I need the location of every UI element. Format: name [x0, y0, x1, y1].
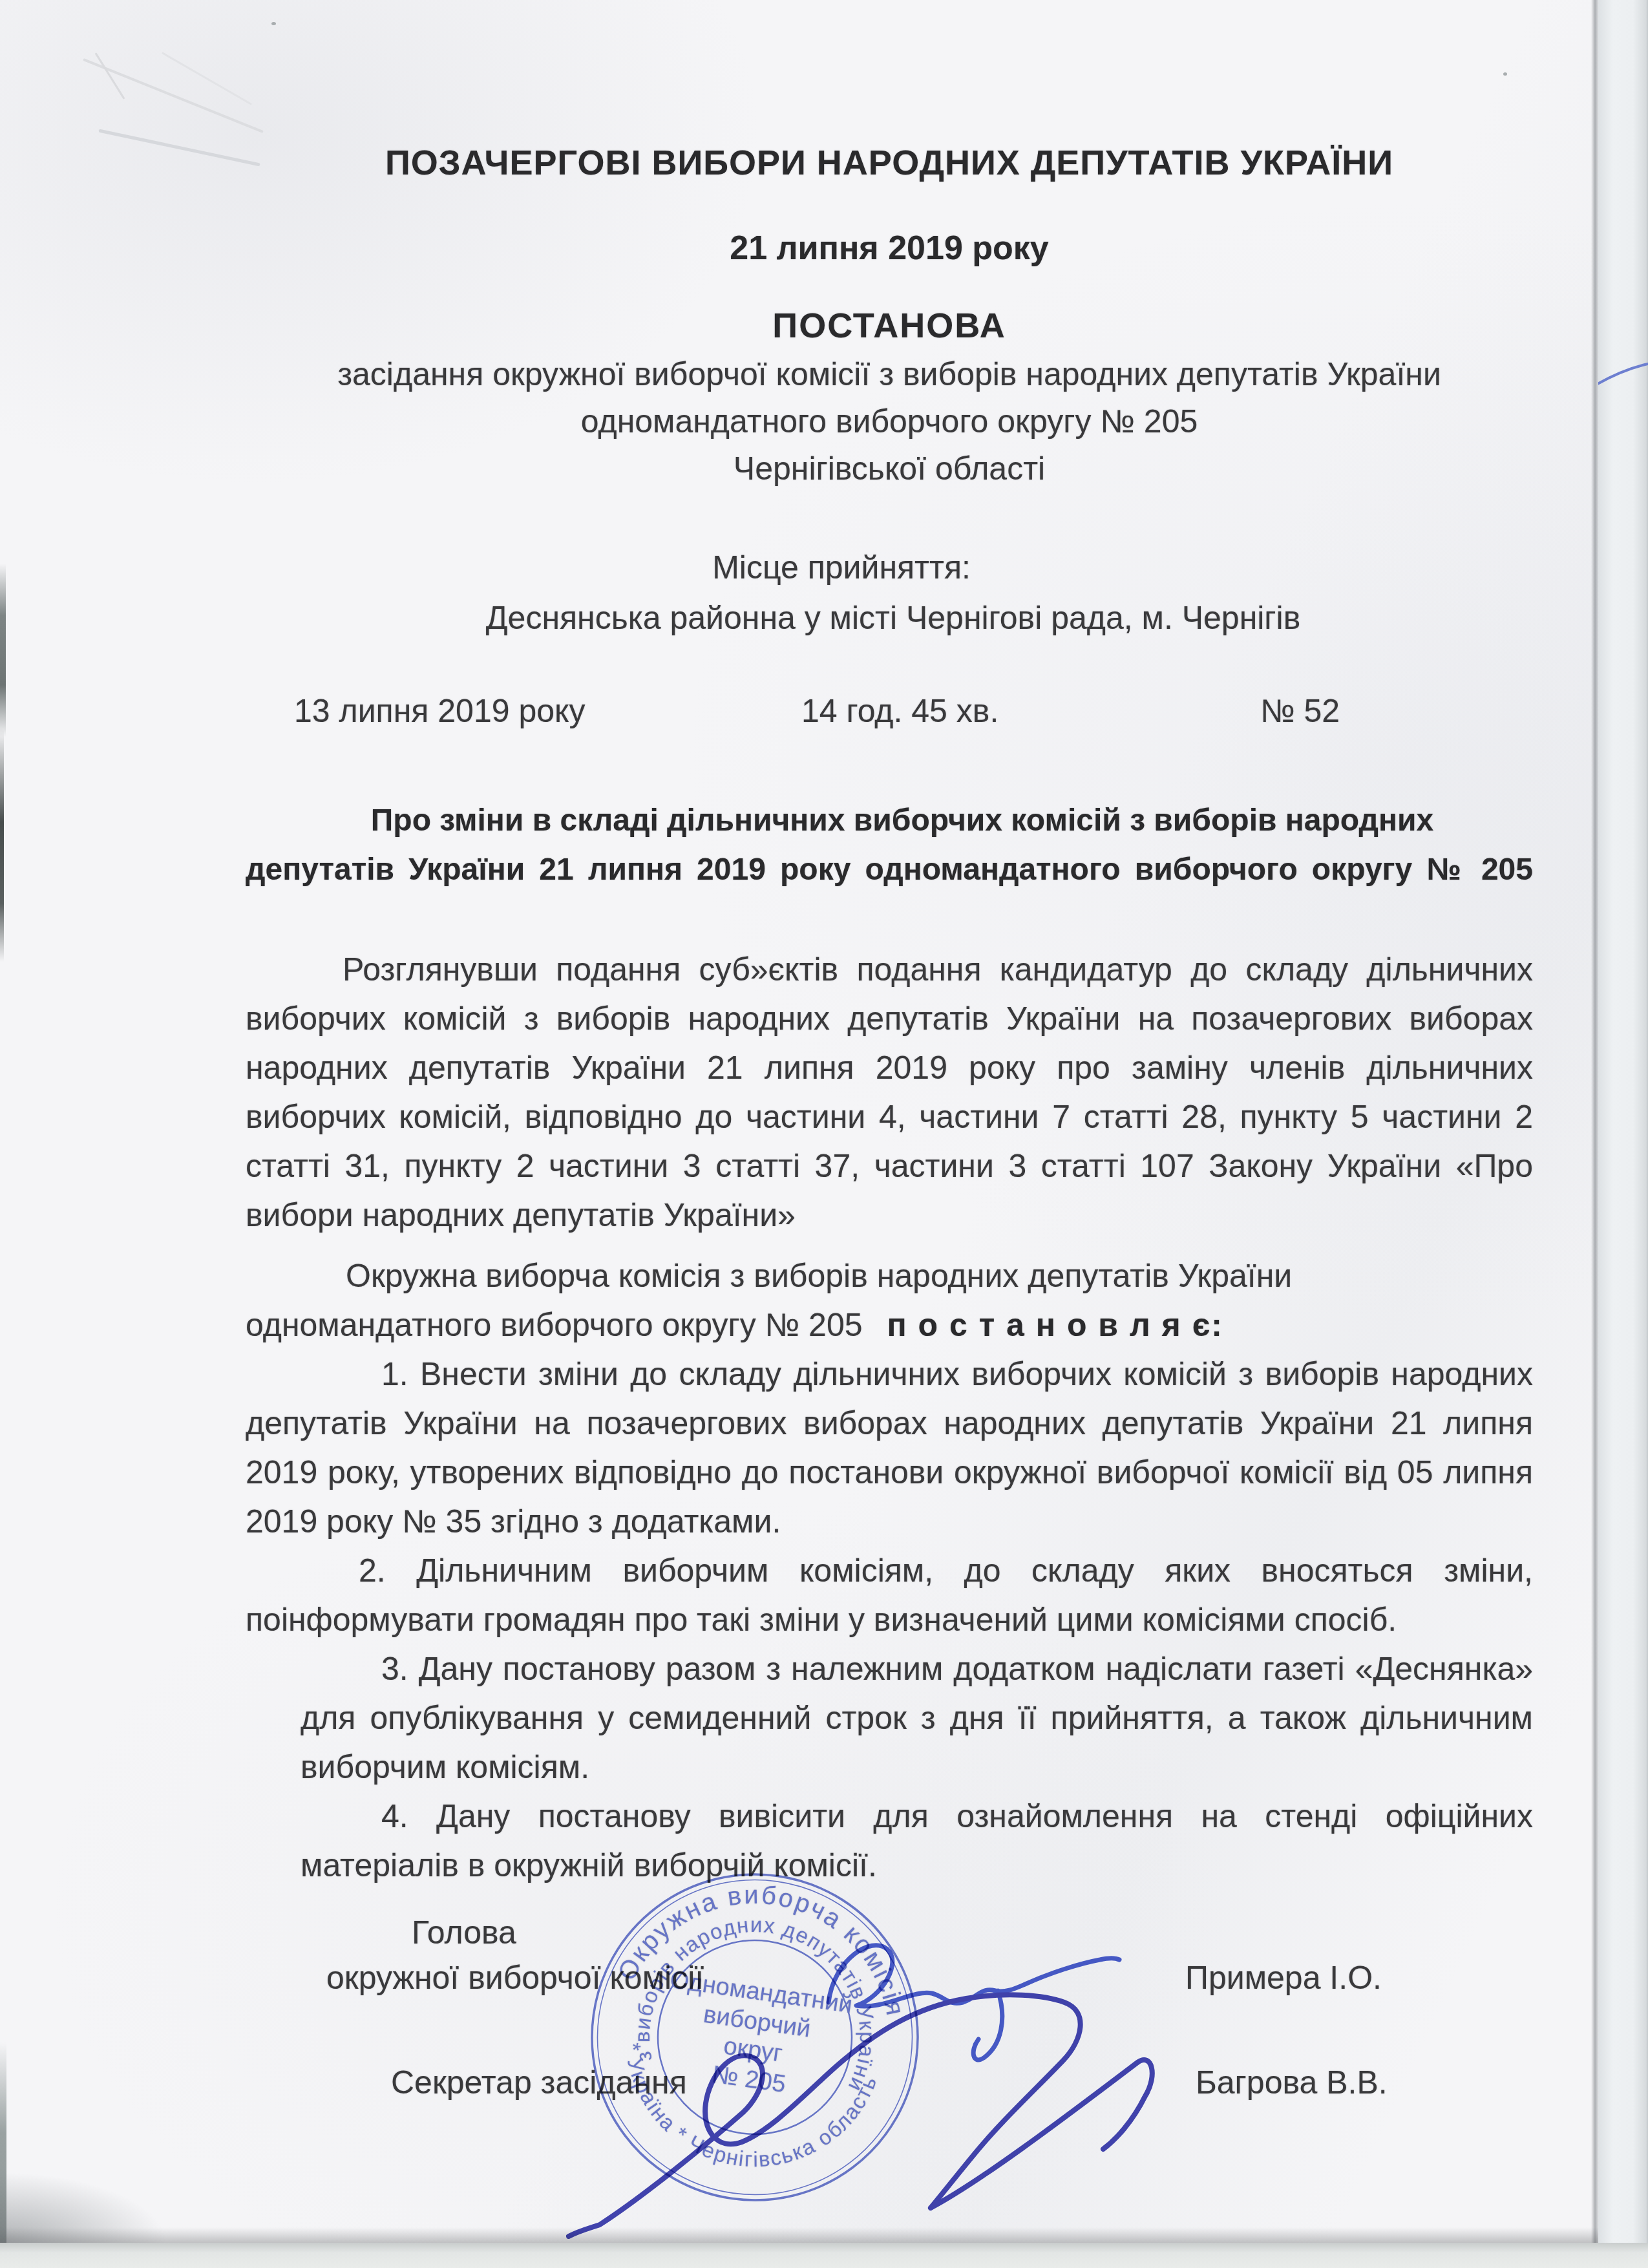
pen-mark-icon	[1590, 349, 1648, 394]
paragraph: Розглянувши подання суб»єктів подання ка…	[246, 945, 1533, 1240]
body-text: одномандатного виборчого округу № 205	[246, 1307, 863, 1343]
body-line: Розглянувши подання суб»єктів подання ка…	[246, 945, 1533, 994]
place-value: Деснянська районна у місті Чернігові рад…	[249, 593, 1537, 642]
subject-line: Про зміни в складі дільничних виборчих к…	[259, 796, 1546, 845]
body-line: 2019 року № 35 згідно з додатками.	[246, 1497, 1533, 1546]
body-line: статті 31, пункту 2 частини 3 статті 37,…	[246, 1141, 1533, 1191]
body-line: виборчим комісіям.	[246, 1743, 1533, 1792]
body-line: 2019 року, утворених відповідно до поста…	[246, 1448, 1533, 1497]
secretary-name: Багрова В.В.	[1196, 2058, 1388, 2107]
body-line: виборчих комісій, відповідно до частини …	[246, 1092, 1533, 1141]
body-paragraphs: Розглянувши подання суб»єктів подання ка…	[246, 945, 1533, 1890]
session-line: одномандатного виборчого округу № 205	[246, 398, 1533, 445]
body-line: виборчих комісій з виборів народних депу…	[246, 994, 1533, 1043]
document-type: ПОСТАНОВА	[246, 301, 1533, 350]
session-description: засідання окружної виборчої комісії з ви…	[246, 351, 1533, 493]
subject-line: депутатів України 21 липня 2019 року одн…	[246, 845, 1533, 895]
underlying-page-right-strip	[1598, 0, 1648, 2268]
body-line: 4. Дану постанову вивісити для ознайомле…	[246, 1792, 1533, 1841]
paragraph: 1. Внести зміни до складу дільничних виб…	[246, 1350, 1533, 1546]
election-date: 21 липня 2019 року	[246, 224, 1533, 273]
body-line: одномандатного виборчого округу № 205п о…	[246, 1300, 1533, 1350]
body-line: 3. Дану постанову разом з належним додат…	[246, 1644, 1533, 1693]
body-line: депутатів України на позачергових вибора…	[246, 1399, 1533, 1448]
body-line: для опублікування у семиденний строк з д…	[246, 1693, 1533, 1743]
scanned-document: ПОЗАЧЕРГОВІ ВИБОРИ НАРОДНИХ ДЕПУТАТІВ УК…	[0, 0, 1648, 2268]
resolution-number: № 52	[1260, 686, 1340, 736]
body-line: поінформувати громадян про такі зміни у …	[246, 1595, 1533, 1644]
paragraph: 2. Дільничним виборчим комісіям, до скла…	[246, 1546, 1533, 1644]
resolution-date: 13 липня 2019 року	[294, 686, 585, 736]
session-line: засідання окружної виборчої комісії з ви…	[246, 351, 1533, 398]
body-line: Окружна виборча комісія з виборів народн…	[246, 1251, 1533, 1300]
body-line: народних депутатів України 21 липня 2019…	[246, 1043, 1533, 1092]
resolution-time: 14 год. 45 хв.	[801, 686, 998, 736]
handwritten-signatures	[530, 1900, 1215, 2249]
secretary-signature	[569, 1995, 1152, 2236]
page-title: ПОЗАЧЕРГОВІ ВИБОРИ НАРОДНИХ ДЕПУТАТІВ УК…	[246, 138, 1533, 187]
place-label: Місце прийняття:	[198, 543, 1485, 592]
subject-heading: Про зміни в складі дільничних виборчих к…	[246, 796, 1533, 895]
paragraph: 3. Дану постанову разом з належним додат…	[246, 1644, 1533, 1792]
resolves-keyword: п о с т а н о в л я є:	[887, 1307, 1223, 1343]
body-line: вибори народних депутатів України»	[246, 1191, 1533, 1240]
document-content: ПОЗАЧЕРГОВІ ВИБОРИ НАРОДНИХ ДЕПУТАТІВ УК…	[0, 0, 1598, 2243]
body-line: 1. Внести зміни до складу дільничних виб…	[246, 1350, 1533, 1399]
body-line: 2. Дільничним виборчим комісіям, до скла…	[246, 1546, 1533, 1595]
chair-title-line1: Голова	[412, 1908, 516, 1957]
paragraph: Окружна виборча комісія з виборів народн…	[246, 1251, 1533, 1350]
document-page: ПОЗАЧЕРГОВІ ВИБОРИ НАРОДНИХ ДЕПУТАТІВ УК…	[0, 0, 1598, 2243]
session-line: Чернігівської області	[246, 445, 1533, 493]
